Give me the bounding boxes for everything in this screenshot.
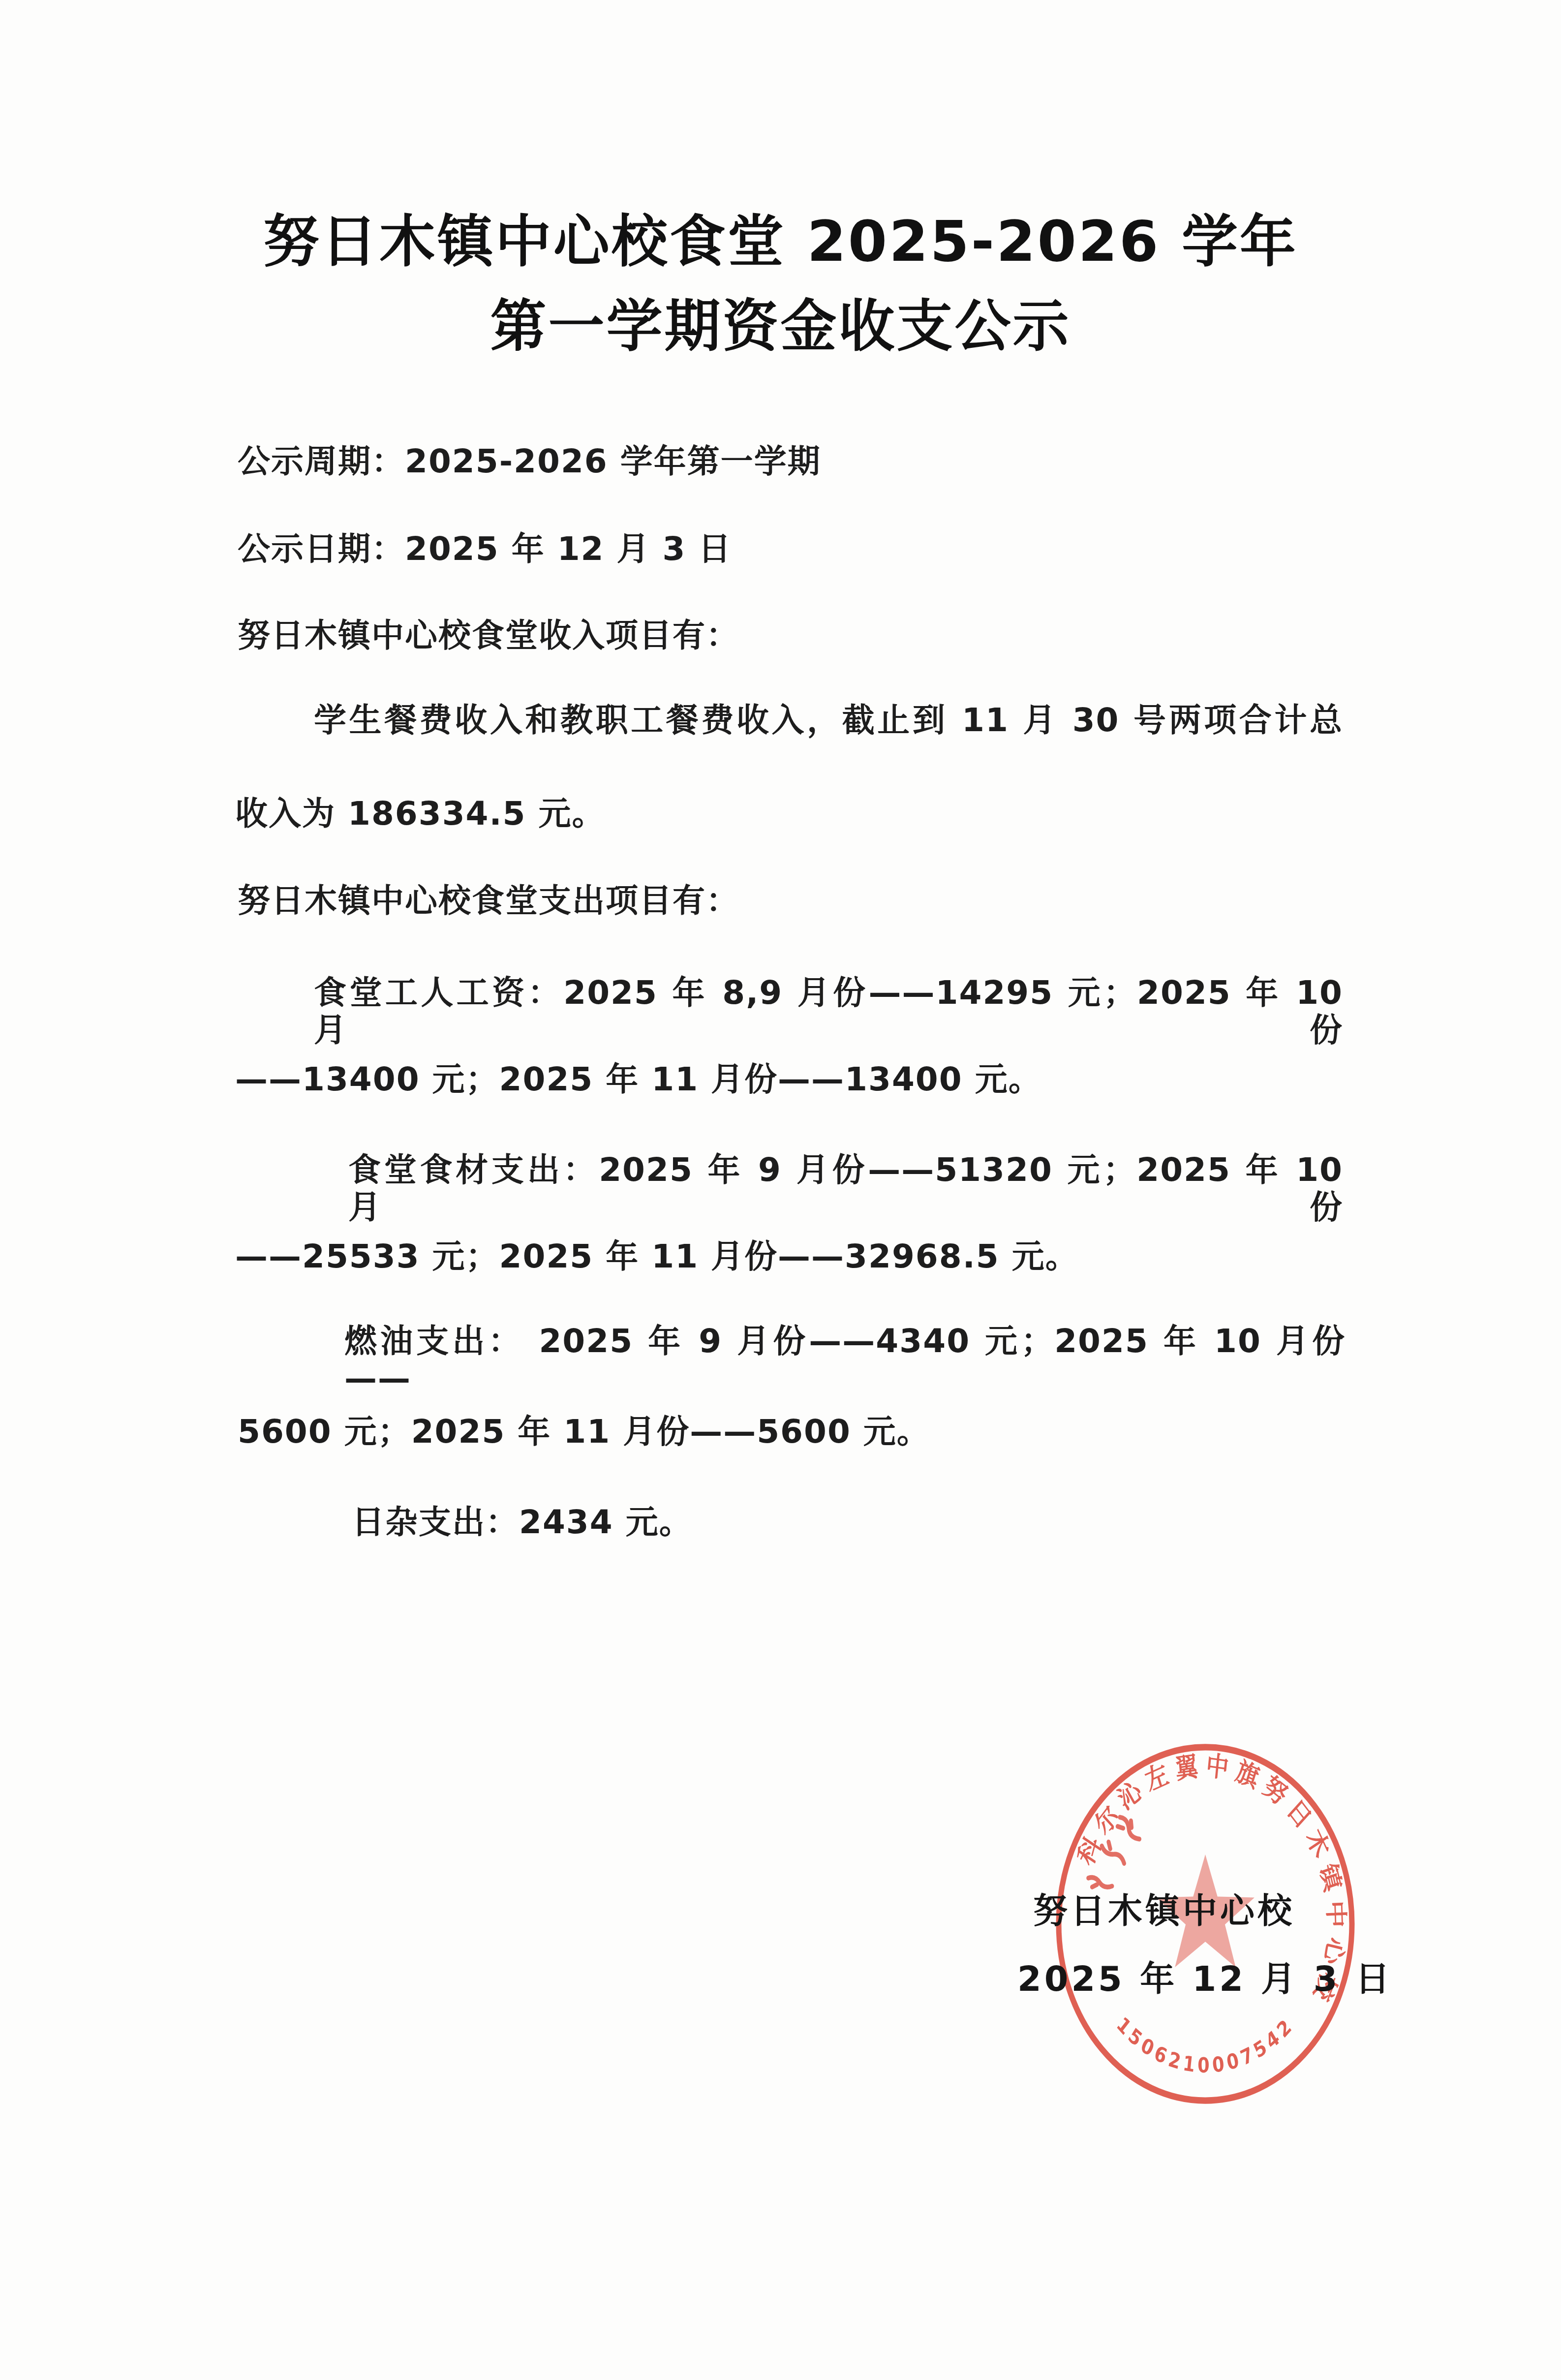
document-page: 努日木镇中心校食堂 2025-2026 学年 第一学期资金收支公示 公示周期：2…	[0, 0, 1561, 2380]
wages-line-1: 食堂工人工资：2025 年 8,9 月份——14295 元；2025 年 10 …	[314, 974, 1343, 1049]
wages-line-2: ——13400 元；2025 年 11 月份——13400 元。	[235, 1061, 1042, 1098]
expense-heading-line: 努日木镇中心校食堂支出项目有：	[238, 882, 739, 920]
svg-text:1506210007542: 1506210007542	[1112, 2012, 1298, 2078]
publicity-date-line: 公示日期：2025 年 12 月 3 日	[238, 530, 732, 568]
income-heading-line: 努日木镇中心校食堂收入项目有：	[238, 617, 739, 654]
document-title-line-2: 第一学期资金收支公示	[0, 295, 1561, 357]
income-detail-line-2: 收入为 186334.5 元。	[235, 795, 606, 833]
publicity-period-line: 公示周期：2025-2026 学年第一学期	[238, 443, 821, 480]
sundries-line: 日杂支出：2434 元。	[352, 1504, 693, 1541]
seal-serial-number: 1506210007542	[1112, 2012, 1298, 2078]
food-material-line-2: ——25533 元；2025 年 11 月份——32968.5 元。	[235, 1238, 1079, 1275]
fuel-line-2: 5600 元；2025 年 11 月份——5600 元。	[238, 1413, 930, 1451]
food-material-line-1: 食堂食材支出：2025 年 9 月份——51320 元；2025 年 10 月份	[348, 1151, 1343, 1226]
document-title-line-1: 努日木镇中心校食堂 2025-2026 学年	[0, 211, 1561, 272]
fuel-line-1: 燃油支出： 2025 年 9 月份——4340 元；2025 年 10 月份——	[344, 1323, 1346, 1397]
signature-school-name: 努日木镇中心校	[1033, 1884, 1295, 1933]
signature-date: 2025 年 12 月 3 日	[1017, 1951, 1393, 2001]
income-detail-line-1: 学生餐费收入和教职工餐费收入，截止到 11 月 30 号两项合计总	[314, 702, 1343, 739]
